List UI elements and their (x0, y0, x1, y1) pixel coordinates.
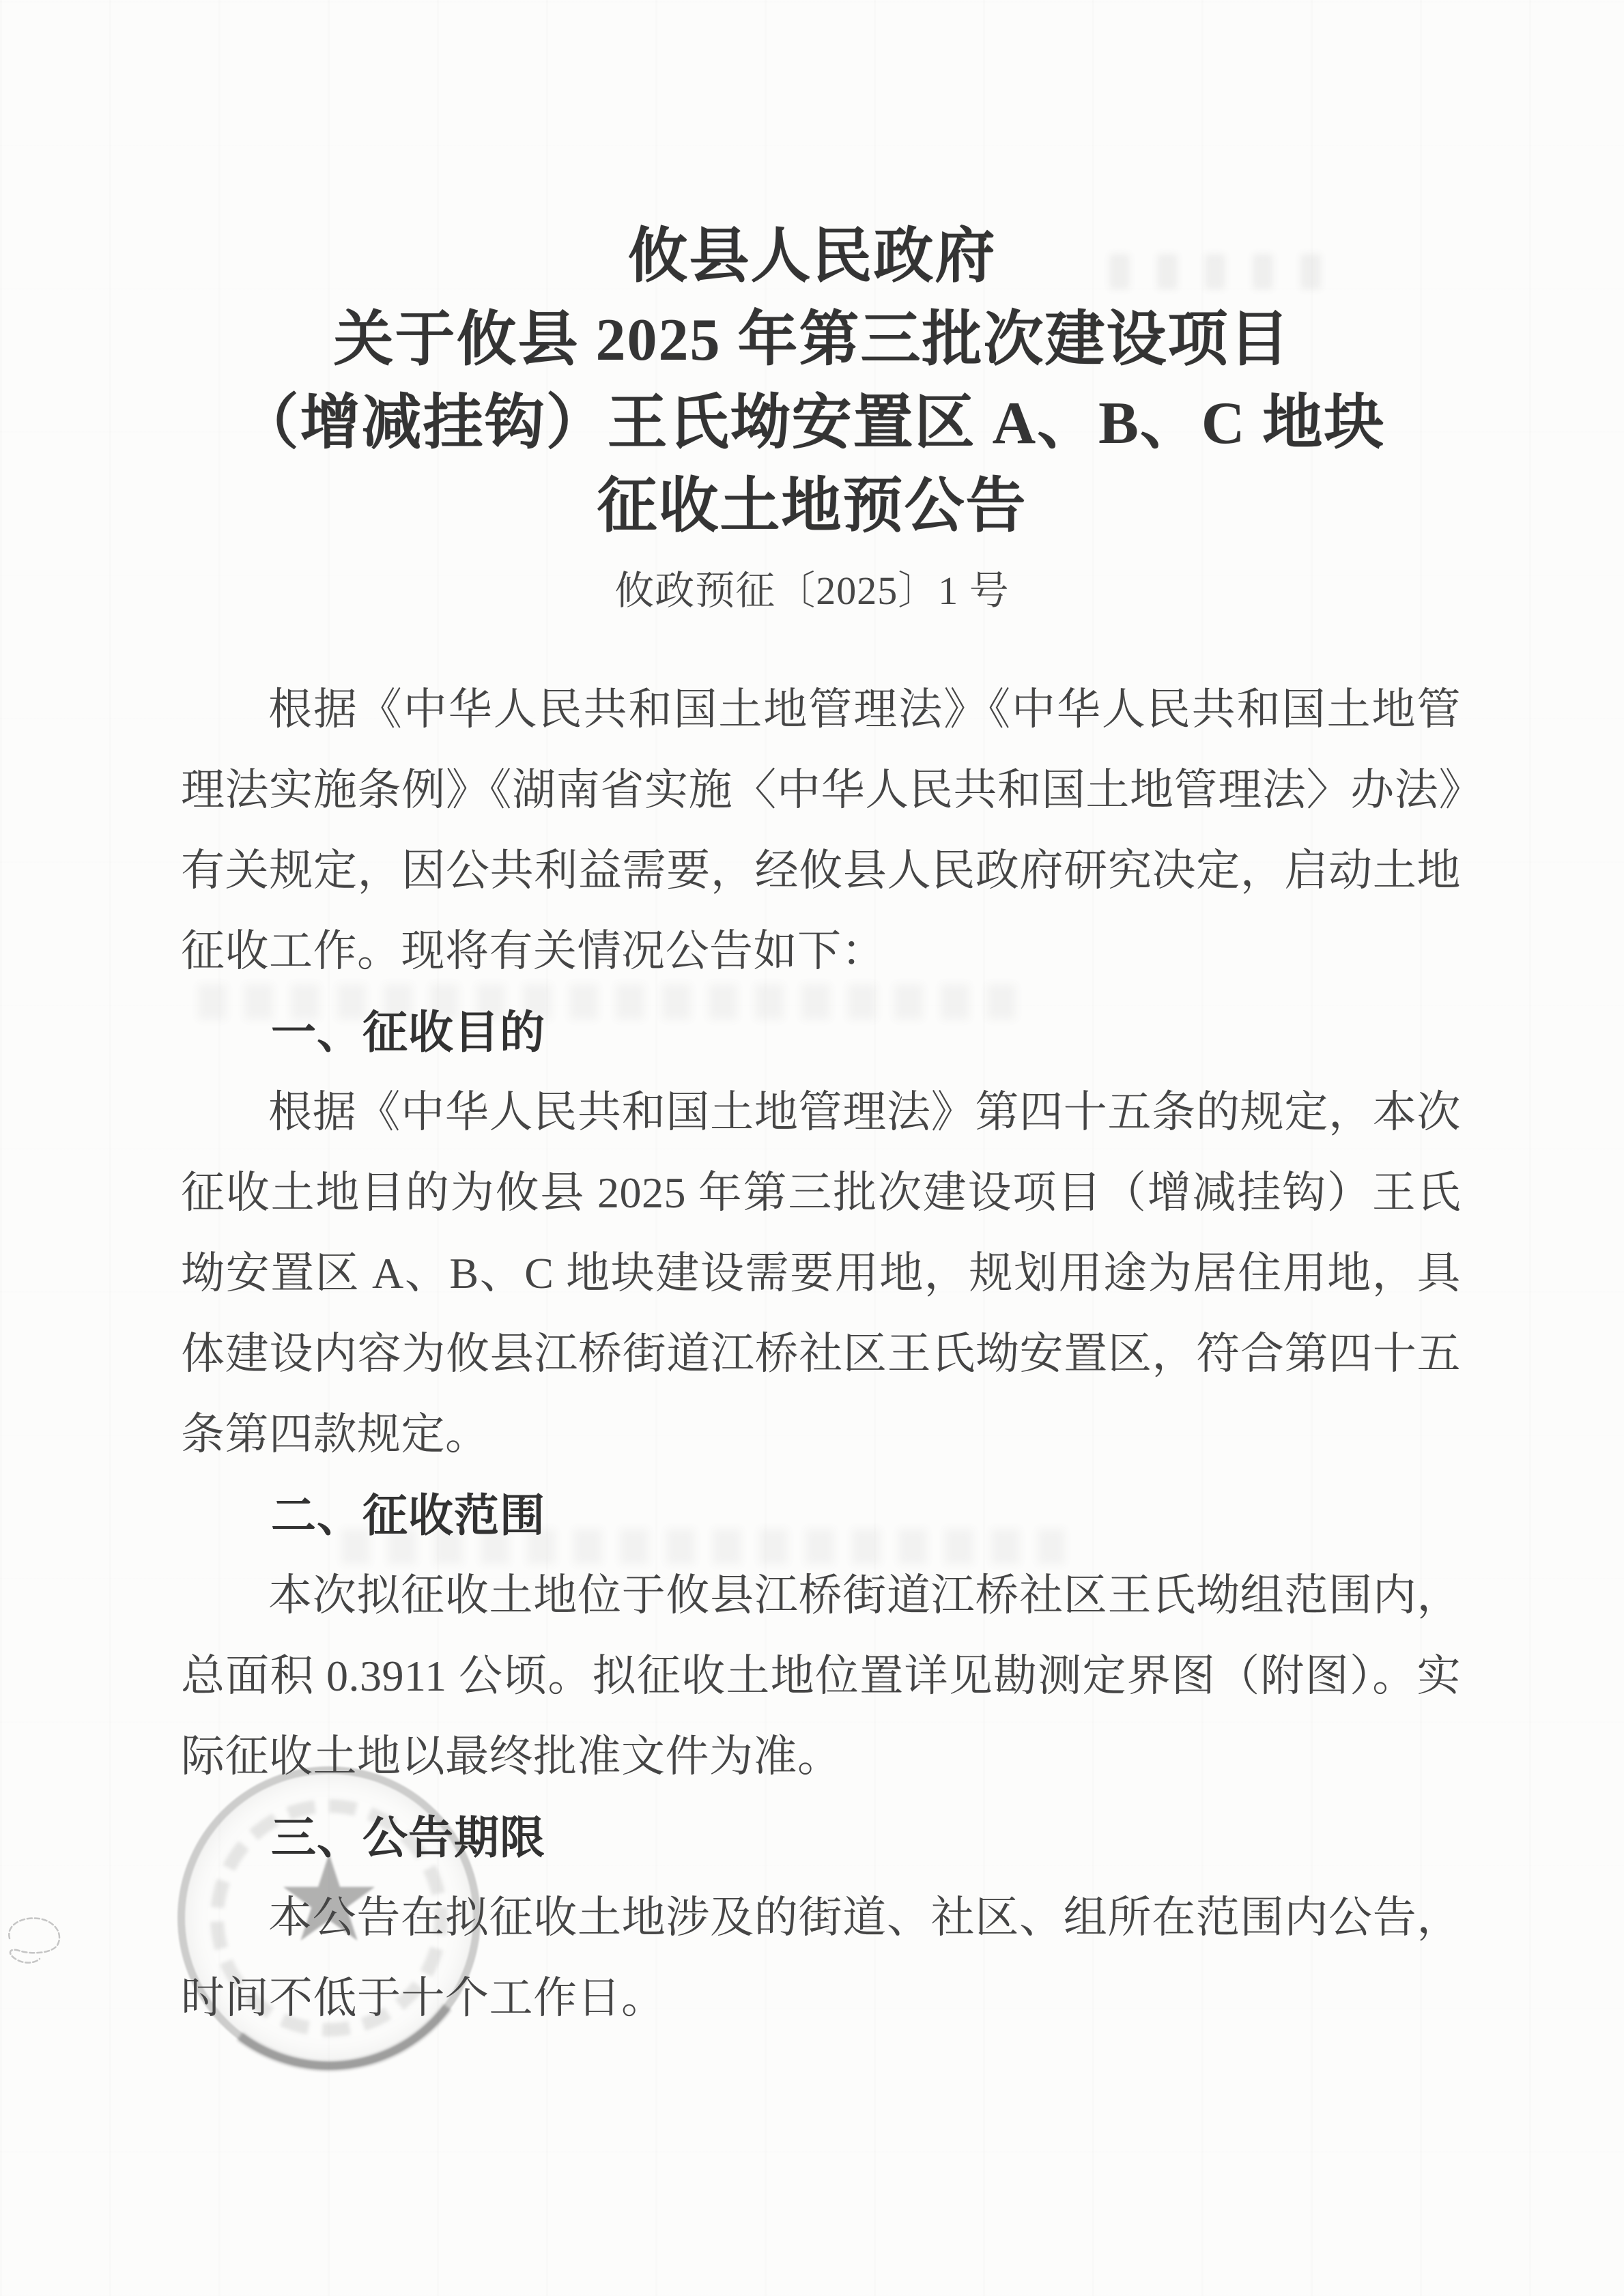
pencil-scribble (0, 1910, 68, 1975)
section-heading-purpose: 一、征收目的 (181, 992, 1461, 1072)
paragraph-scope: 本次拟征收土地位于攸县江桥街道江桥社区王氏坳组范围内，总面积 0.3911 公顷… (181, 1555, 1461, 1797)
section-heading-duration: 三、公告期限 (181, 1797, 1461, 1878)
document-header: 攸县人民政府 关于攸县 2025 年第三批次建设项目 （增减挂钩）王氏坳安置区 … (0, 216, 1624, 618)
paragraph-purpose: 根据《中华人民共和国土地管理法》第四十五条的规定，本次征收土地目的为攸县 202… (181, 1072, 1461, 1475)
scanned-document-page: 攸县人民政府 关于攸县 2025 年第三批次建设项目 （增减挂钩）王氏坳安置区 … (0, 0, 1624, 2296)
document-body: 根据《中华人民共和国土地管理法》《中华人民共和国土地管理法实施条例》《湖南省实施… (181, 670, 1461, 2039)
document-number: 攸政预征〔2025〕1 号 (0, 564, 1624, 618)
title-line-1: 攸县人民政府 (0, 216, 1624, 299)
paragraph-duration: 本公告在拟征收土地涉及的街道、社区、组所在范围内公告，时间不低于十个工作日。 (181, 1878, 1461, 2039)
paragraph-legal-basis: 根据《中华人民共和国土地管理法》《中华人民共和国土地管理法实施条例》《湖南省实施… (181, 670, 1461, 992)
title-line-3: （增减挂钩）王氏坳安置区 A、B、C 地块 (0, 382, 1624, 465)
title-line-2: 关于攸县 2025 年第三批次建设项目 (0, 299, 1624, 382)
section-heading-scope: 二、征收范围 (181, 1475, 1461, 1555)
title-line-4: 征收土地预公告 (0, 465, 1624, 549)
